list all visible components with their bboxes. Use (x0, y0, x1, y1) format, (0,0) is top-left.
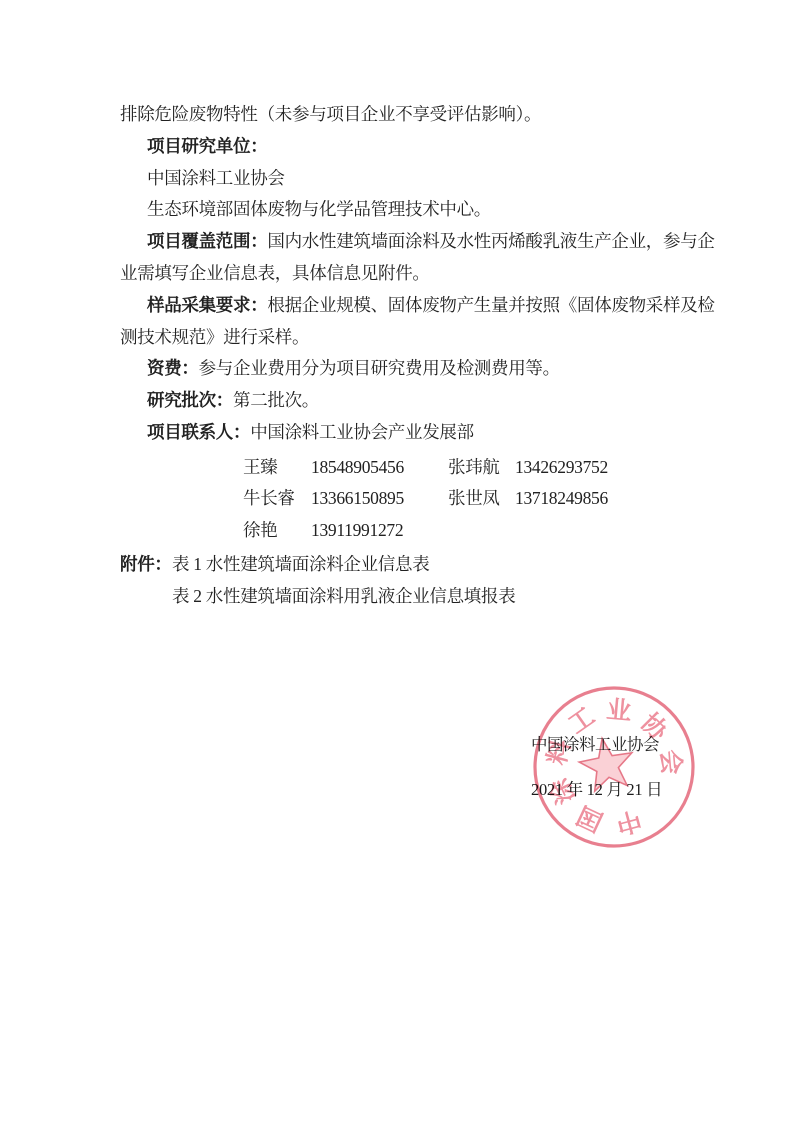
body-line: 资费：参与企业费用分为项目研究费用及检测费用等。 (120, 353, 706, 385)
seal-ring-char: 国 (573, 800, 608, 836)
contact-name: 王臻 (243, 452, 311, 484)
contact-row: 牛长睿 13366150895 张世凤 13718249856 (243, 483, 706, 515)
attachment-item: 表 2 水性建筑墙面涂料用乳液企业信息填报表 (172, 581, 515, 613)
contact-name: 徐艳 (243, 515, 311, 547)
line-label: 研究批次： (147, 390, 233, 410)
seal-ring (535, 688, 693, 846)
document-page: 排除危险废物特性（未参与项目企业不享受评估影响）。 项目研究单位： 中国涂料工业… (0, 0, 800, 1131)
contact-phone: 13426293752 (515, 452, 706, 484)
line-text: 排除危险废物特性（未参与项目企业不享受评估影响）。 (120, 104, 541, 124)
contact-phone (515, 515, 706, 547)
contact-phone: 13911991272 (311, 515, 448, 547)
body-line: 项目覆盖范围：国内水性建筑墙面涂料及水性丙烯酸乳液生产企业，参与企 (120, 226, 706, 258)
body-line: 生态环境部固体废物与化学品管理技术中心。 (120, 194, 706, 226)
contact-phone: 13718249856 (515, 483, 706, 515)
seal-ring-char: 会 (655, 748, 686, 775)
attachments-items: 表 1 水性建筑墙面涂料企业信息表 表 2 水性建筑墙面涂料用乳液企业信息填报表 (172, 549, 515, 612)
contact-phone: 18548905456 (311, 452, 448, 484)
body-line: 排除危险废物特性（未参与项目企业不享受评估影响）。 (120, 99, 706, 131)
body-line: 样品采集要求：根据企业规模、固体废物产生量并按照《固体废物采样及检 (120, 290, 706, 322)
seal-ring-char: 中 (613, 805, 644, 839)
line-text: 中国涂料工业协会产业发展部 (250, 422, 474, 442)
line-text: 参与企业费用分为项目研究费用及检测费用等。 (199, 358, 560, 378)
line-text: 第二批次。 (233, 390, 319, 410)
body-line: 项目研究单位： (120, 131, 706, 163)
contact-name (448, 515, 515, 547)
seal-date: 2021 年 12 月 21 日 (531, 776, 662, 800)
line-text: 生态环境部固体废物与化学品管理技术中心。 (147, 199, 491, 219)
body-text: 排除危险废物特性（未参与项目企业不享受评估影响）。 项目研究单位： 中国涂料工业… (120, 99, 706, 612)
contact-name: 张世凤 (448, 483, 515, 515)
contact-row: 王臻 18548905456 张玮航 13426293752 (243, 452, 706, 484)
line-text: 国内水性建筑墙面涂料及水性丙烯酸乳液生产企业，参与企 (267, 231, 714, 251)
body-line: 项目联系人：中国涂料工业协会产业发展部 (120, 417, 706, 449)
contact-row: 徐艳 13911991272 (243, 515, 706, 547)
body-line: 业需填写企业信息表，具体信息见附件。 (120, 258, 706, 290)
line-text: 根据企业规模、固体废物产生量并按照《固体废物采样及检 (267, 295, 714, 315)
attachment-item: 表 1 水性建筑墙面涂料企业信息表 (172, 549, 515, 581)
line-text: 中国涂料工业协会 (147, 168, 285, 188)
official-seal: 中 国 涂 料 工 业 协 会 (531, 684, 697, 850)
attachments-label: 附件： (120, 549, 172, 612)
line-label: 样品采集要求： (147, 295, 267, 315)
line-label: 项目覆盖范围： (147, 231, 267, 251)
line-text: 测技术规范》进行采样。 (120, 327, 309, 347)
line-text: 业需填写企业信息表，具体信息见附件。 (120, 263, 430, 283)
body-line: 研究批次：第二批次。 (120, 385, 706, 417)
body-line: 中国涂料工业协会 (120, 163, 706, 195)
attachments-block: 附件： 表 1 水性建筑墙面涂料企业信息表 表 2 水性建筑墙面涂料用乳液企业信… (120, 549, 706, 612)
contact-name: 张玮航 (448, 452, 515, 484)
contact-phone: 13366150895 (311, 483, 448, 515)
contact-list: 王臻 18548905456 张玮航 13426293752 牛长睿 13366… (243, 452, 706, 547)
seal-org-name: 中国涂料工业协会 (531, 731, 659, 755)
line-label: 项目联系人： (147, 422, 250, 442)
line-label: 资费： (147, 358, 199, 378)
body-line: 测技术规范》进行采样。 (120, 322, 706, 354)
line-label: 项目研究单位： (147, 136, 267, 156)
seal-ring-char: 业 (605, 696, 632, 726)
contact-name: 牛长睿 (243, 483, 311, 515)
